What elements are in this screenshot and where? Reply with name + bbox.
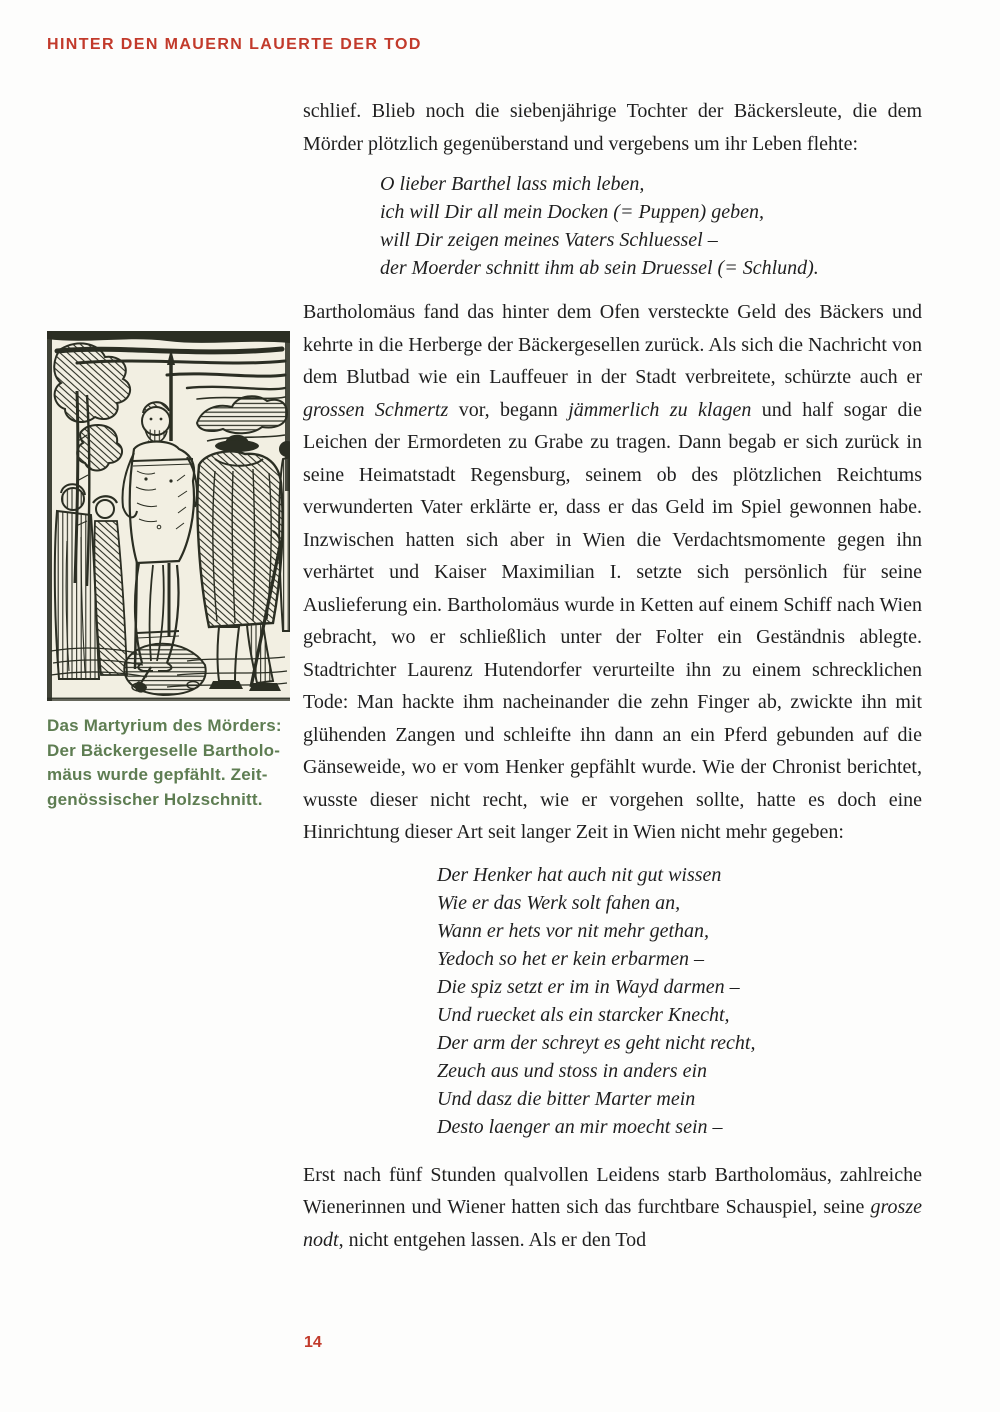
text-line: Und dasz die bitter Marter mein [437, 1085, 922, 1113]
text-segment: und half sogar die Leichen der Ermordete… [303, 399, 922, 844]
woodcut-image [47, 331, 290, 701]
text-line: Zeuch aus und stoss in anders ein [437, 1057, 922, 1085]
text-line: Yedoch so het er kein erbarmen – [437, 945, 922, 973]
text-column: schlief. Blieb noch die siebenjährige To… [303, 95, 922, 1256]
text-segment: Bartholomäus fand das hinter dem Ofen ve… [303, 301, 922, 388]
running-header: HINTER DEN MAUERN LAUERTE DER TOD [47, 36, 422, 54]
poem-quote-chronicle: Der Henker hat auch nit gut wissenWie er… [437, 861, 922, 1141]
text-line: Die spiz setzt er im in Wayd darmen – [437, 973, 922, 1001]
book-page: { "colors": { "accent_red": "#c23a2b", "… [0, 0, 1000, 1412]
text-line: Der Henker hat auch nit gut wissen [437, 861, 922, 889]
closing-paragraph: Erst nach fünf Stunden qualvollen Leiden… [303, 1159, 922, 1257]
main-paragraph: Bartholomäus fand das hinter dem Ofen ve… [303, 296, 922, 849]
text-line: genössischer Holzschnitt. [47, 788, 307, 813]
figure-caption: Das Martyrium des Mörders:Der Bäckergese… [47, 714, 307, 812]
italic-phrase: grossen Schmertz [303, 399, 448, 421]
text-line: ich will Dir all mein Docken (= Puppen) … [380, 198, 922, 226]
text-line: Das Martyrium des Mörders: [47, 714, 307, 739]
text-segment: , nicht entgehen lassen. Als er den Tod [339, 1229, 647, 1251]
text-line: der Moerder schnitt ihm ab sein Druessel… [380, 254, 922, 282]
text-line: will Dir zeigen meines Vaters Schluessel… [380, 226, 922, 254]
text-line: Wie er das Werk solt fahen an, [437, 889, 922, 917]
intro-paragraph: schlief. Blieb noch die siebenjährige To… [303, 95, 922, 160]
italic-phrase: jämmerlich zu klagen [568, 399, 751, 421]
text-line: Desto laenger an mir moecht sein – [437, 1113, 922, 1141]
text-line: mäus wurde gepfählt. Zeit- [47, 763, 307, 788]
text-line: O lieber Barthel lass mich leben, [380, 170, 922, 198]
text-segment: Erst nach fünf Stunden qualvollen Leiden… [303, 1164, 922, 1219]
woodcut-illustration [47, 331, 290, 701]
text-line: Der arm der schreyt es geht nicht recht, [437, 1029, 922, 1057]
text-segment: vor, begann [448, 399, 568, 421]
text-line: Der Bäckergeselle Bartholo- [47, 739, 307, 764]
page-number: 14 [304, 1334, 322, 1352]
text-line: Und ruecket als ein starcker Knecht, [437, 1001, 922, 1029]
poem-quote-victim: O lieber Barthel lass mich leben,ich wil… [380, 170, 922, 282]
text-line: Wann er hets vor nit mehr gethan, [437, 917, 922, 945]
